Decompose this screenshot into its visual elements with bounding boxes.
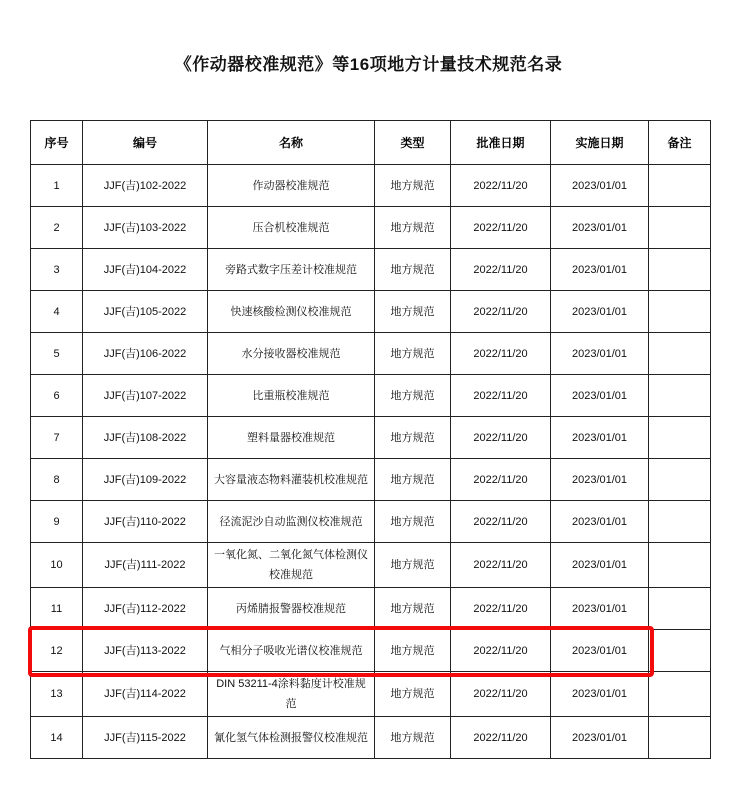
- cell-approved: 2022/11/20: [451, 672, 551, 717]
- table-row: 12JJF(吉)113-2022气相分子吸收光谱仪校准规范地方规范2022/11…: [31, 630, 711, 672]
- cell-seq: 11: [31, 588, 83, 630]
- cell-implemented: 2023/01/01: [551, 459, 649, 501]
- column-header-2: 名称: [208, 121, 375, 165]
- cell-code: JJF(吉)112-2022: [83, 588, 208, 630]
- table-row: 4JJF(吉)105-2022快速核酸检测仪校准规范地方规范2022/11/20…: [31, 291, 711, 333]
- cell-code: JJF(吉)105-2022: [83, 291, 208, 333]
- cell-approved: 2022/11/20: [451, 333, 551, 375]
- cell-name: 比重瓶校准规范: [208, 375, 375, 417]
- cell-remark: [649, 543, 711, 588]
- cell-remark: [649, 291, 711, 333]
- cell-code: JJF(吉)106-2022: [83, 333, 208, 375]
- column-header-5: 实施日期: [551, 121, 649, 165]
- column-header-1: 编号: [83, 121, 208, 165]
- cell-type: 地方规范: [375, 249, 451, 291]
- cell-type: 地方规范: [375, 672, 451, 717]
- cell-name: DIN 53211-4涂料黏度计校准规范: [208, 672, 375, 717]
- table-row: 3JJF(吉)104-2022旁路式数字压差计校准规范地方规范2022/11/2…: [31, 249, 711, 291]
- table-row: 9JJF(吉)110-2022径流泥沙自动监测仪校准规范地方规范2022/11/…: [31, 501, 711, 543]
- cell-seq: 2: [31, 207, 83, 249]
- cell-implemented: 2023/01/01: [551, 207, 649, 249]
- cell-seq: 6: [31, 375, 83, 417]
- cell-seq: 8: [31, 459, 83, 501]
- cell-implemented: 2023/01/01: [551, 333, 649, 375]
- spec-table: 序号编号名称类型批准日期实施日期备注 1JJF(吉)102-2022作动器校准规…: [30, 120, 711, 759]
- cell-approved: 2022/11/20: [451, 630, 551, 672]
- cell-remark: [649, 375, 711, 417]
- cell-seq: 9: [31, 501, 83, 543]
- cell-implemented: 2023/01/01: [551, 630, 649, 672]
- table-body: 1JJF(吉)102-2022作动器校准规范地方规范2022/11/202023…: [31, 165, 711, 759]
- cell-name: 大容量液态物料灌装机校准规范: [208, 459, 375, 501]
- cell-seq: 7: [31, 417, 83, 459]
- cell-remark: [649, 165, 711, 207]
- cell-code: JJF(吉)111-2022: [83, 543, 208, 588]
- column-header-4: 批准日期: [451, 121, 551, 165]
- cell-implemented: 2023/01/01: [551, 543, 649, 588]
- page-title: 《作动器校准规范》等16项地方计量技术规范名录: [0, 50, 737, 75]
- cell-code: JJF(吉)110-2022: [83, 501, 208, 543]
- cell-code: JJF(吉)102-2022: [83, 165, 208, 207]
- cell-seq: 10: [31, 543, 83, 588]
- cell-name: 丙烯腈报警器校准规范: [208, 588, 375, 630]
- cell-remark: [649, 717, 711, 759]
- cell-implemented: 2023/01/01: [551, 249, 649, 291]
- table-row: 13JJF(吉)114-2022DIN 53211-4涂料黏度计校准规范地方规范…: [31, 672, 711, 717]
- cell-approved: 2022/11/20: [451, 459, 551, 501]
- cell-seq: 3: [31, 249, 83, 291]
- column-header-0: 序号: [31, 121, 83, 165]
- cell-code: JJF(吉)113-2022: [83, 630, 208, 672]
- cell-code: JJF(吉)103-2022: [83, 207, 208, 249]
- cell-code: JJF(吉)109-2022: [83, 459, 208, 501]
- cell-code: JJF(吉)115-2022: [83, 717, 208, 759]
- document-page: 《作动器校准规范》等16项地方计量技术规范名录 序号编号名称类型批准日期实施日期…: [0, 0, 737, 787]
- cell-implemented: 2023/01/01: [551, 165, 649, 207]
- cell-code: JJF(吉)104-2022: [83, 249, 208, 291]
- cell-name: 径流泥沙自动监测仪校准规范: [208, 501, 375, 543]
- cell-type: 地方规范: [375, 333, 451, 375]
- cell-type: 地方规范: [375, 501, 451, 543]
- table-row: 6JJF(吉)107-2022比重瓶校准规范地方规范2022/11/202023…: [31, 375, 711, 417]
- cell-name: 氰化氢气体检测报警仪校准规范: [208, 717, 375, 759]
- cell-implemented: 2023/01/01: [551, 717, 649, 759]
- table-row: 10JJF(吉)111-2022一氧化氮、二氧化氮气体检测仪校准规范地方规范20…: [31, 543, 711, 588]
- cell-type: 地方规范: [375, 630, 451, 672]
- column-header-3: 类型: [375, 121, 451, 165]
- table-row: 8JJF(吉)109-2022大容量液态物料灌装机校准规范地方规范2022/11…: [31, 459, 711, 501]
- cell-code: JJF(吉)114-2022: [83, 672, 208, 717]
- cell-type: 地方规范: [375, 588, 451, 630]
- cell-type: 地方规范: [375, 717, 451, 759]
- table-row: 11JJF(吉)112-2022丙烯腈报警器校准规范地方规范2022/11/20…: [31, 588, 711, 630]
- cell-name: 水分接收器校准规范: [208, 333, 375, 375]
- cell-implemented: 2023/01/01: [551, 672, 649, 717]
- cell-type: 地方规范: [375, 165, 451, 207]
- cell-seq: 4: [31, 291, 83, 333]
- cell-seq: 1: [31, 165, 83, 207]
- cell-remark: [649, 459, 711, 501]
- cell-implemented: 2023/01/01: [551, 588, 649, 630]
- table-header-row: 序号编号名称类型批准日期实施日期备注: [31, 121, 711, 165]
- cell-type: 地方规范: [375, 291, 451, 333]
- column-header-6: 备注: [649, 121, 711, 165]
- cell-name: 旁路式数字压差计校准规范: [208, 249, 375, 291]
- cell-seq: 13: [31, 672, 83, 717]
- cell-approved: 2022/11/20: [451, 501, 551, 543]
- cell-remark: [649, 630, 711, 672]
- table-row: 5JJF(吉)106-2022水分接收器校准规范地方规范2022/11/2020…: [31, 333, 711, 375]
- cell-code: JJF(吉)107-2022: [83, 375, 208, 417]
- cell-approved: 2022/11/20: [451, 207, 551, 249]
- cell-name: 快速核酸检测仪校准规范: [208, 291, 375, 333]
- cell-type: 地方规范: [375, 459, 451, 501]
- cell-approved: 2022/11/20: [451, 165, 551, 207]
- cell-remark: [649, 588, 711, 630]
- cell-approved: 2022/11/20: [451, 543, 551, 588]
- cell-approved: 2022/11/20: [451, 291, 551, 333]
- cell-seq: 14: [31, 717, 83, 759]
- table-row: 1JJF(吉)102-2022作动器校准规范地方规范2022/11/202023…: [31, 165, 711, 207]
- cell-implemented: 2023/01/01: [551, 501, 649, 543]
- cell-seq: 5: [31, 333, 83, 375]
- cell-approved: 2022/11/20: [451, 588, 551, 630]
- cell-remark: [649, 672, 711, 717]
- cell-type: 地方规范: [375, 417, 451, 459]
- cell-remark: [649, 417, 711, 459]
- cell-approved: 2022/11/20: [451, 249, 551, 291]
- table-row: 7JJF(吉)108-2022塑料量器校准规范地方规范2022/11/20202…: [31, 417, 711, 459]
- cell-implemented: 2023/01/01: [551, 417, 649, 459]
- cell-approved: 2022/11/20: [451, 417, 551, 459]
- cell-type: 地方规范: [375, 543, 451, 588]
- table-row: 14JJF(吉)115-2022氰化氢气体检测报警仪校准规范地方规范2022/1…: [31, 717, 711, 759]
- cell-remark: [649, 501, 711, 543]
- cell-name: 作动器校准规范: [208, 165, 375, 207]
- cell-type: 地方规范: [375, 375, 451, 417]
- cell-implemented: 2023/01/01: [551, 375, 649, 417]
- cell-implemented: 2023/01/01: [551, 291, 649, 333]
- cell-name: 压合机校准规范: [208, 207, 375, 249]
- cell-approved: 2022/11/20: [451, 375, 551, 417]
- cell-remark: [649, 249, 711, 291]
- cell-remark: [649, 333, 711, 375]
- cell-approved: 2022/11/20: [451, 717, 551, 759]
- cell-name: 一氧化氮、二氧化氮气体检测仪校准规范: [208, 543, 375, 588]
- table-row: 2JJF(吉)103-2022压合机校准规范地方规范2022/11/202023…: [31, 207, 711, 249]
- cell-name: 塑料量器校准规范: [208, 417, 375, 459]
- cell-name: 气相分子吸收光谱仪校准规范: [208, 630, 375, 672]
- cell-remark: [649, 207, 711, 249]
- cell-type: 地方规范: [375, 207, 451, 249]
- cell-code: JJF(吉)108-2022: [83, 417, 208, 459]
- cell-seq: 12: [31, 630, 83, 672]
